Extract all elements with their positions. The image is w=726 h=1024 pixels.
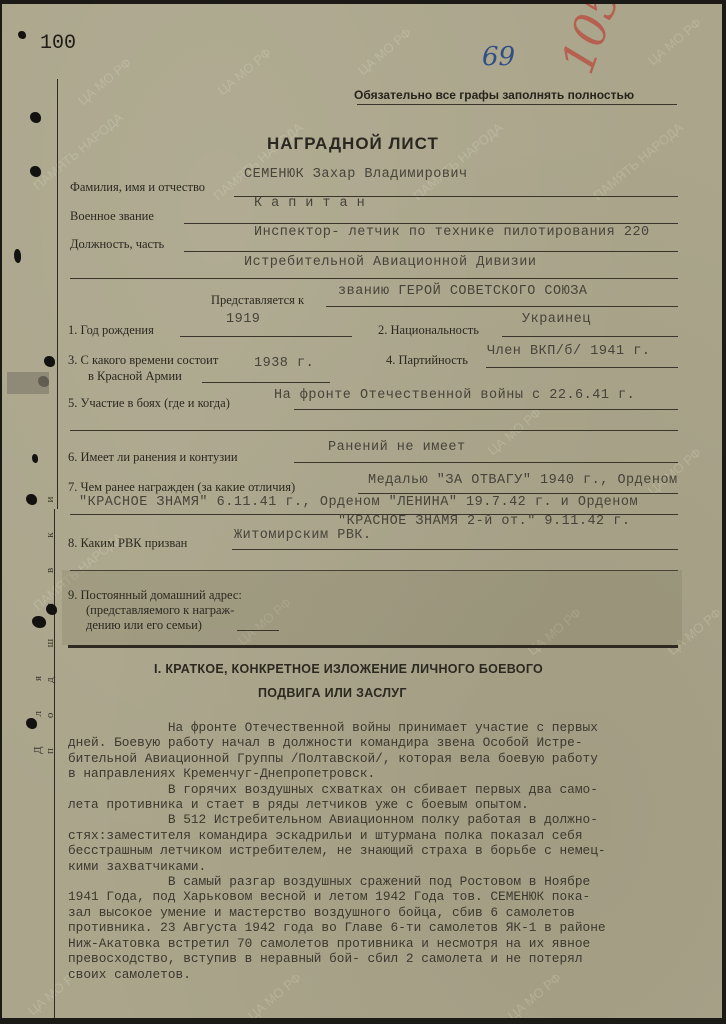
party-value: Член ВКП/б/ 1941 г. [487, 344, 650, 359]
wounds-value: Ранений не имеет [328, 440, 466, 455]
combat-line [294, 409, 678, 410]
position-value-line-2: Истребительной Авиационной Дивизии [244, 255, 536, 270]
punch-hole [18, 31, 26, 39]
previous-awards-value-line-2: "КРАСНОЕ ЗНАМЯ" 6.11.41 г., Орденом "ЛЕН… [79, 495, 638, 510]
punch-hole [30, 166, 41, 177]
red-pencil-mark: 105 [550, 4, 631, 80]
rvk-value: Житомирским РВК. [234, 528, 372, 543]
award-sheet-page: ЦА МО РФ ЦА МО РФ ЦА МО РФ ПАМЯТЬ НАРОДА… [2, 4, 722, 1018]
narrative-line: зал высокое умение и мастерство воздушно… [68, 905, 718, 920]
watermark: ЦА МО РФ [645, 15, 704, 68]
position-label: Должность, часть [70, 237, 164, 252]
punch-hole [14, 249, 21, 263]
narrative-line: 1941 Года, под Харьковом весной и летом … [68, 889, 718, 904]
combat-line-2 [70, 430, 678, 431]
narrative-line: стях:заместителя командира эскадрильи и … [68, 828, 718, 843]
position-line-2 [70, 278, 678, 279]
birth-year-label: 1. Год рождения [68, 323, 154, 338]
nationality-value: Украинец [522, 312, 591, 327]
army-since-label-line-1: 3. С какого времени состоит [68, 353, 218, 368]
wounds-line [294, 462, 678, 463]
narrative-line: превосходство, вступив в неравный бой- с… [68, 951, 718, 966]
punch-hole [26, 494, 37, 505]
narrative-line: В 512 Истребительном Авиационном полку р… [68, 812, 718, 827]
narrative-line: противника. 23 Августа 1942 года во Глав… [68, 920, 718, 935]
position-line-1 [184, 251, 678, 252]
narrative-line: бительной Авиационной Группы /Полтавской… [68, 751, 718, 766]
punch-hole [26, 718, 37, 729]
army-since-label-line-2: в Красной Армии [88, 369, 182, 384]
rank-label: Военное звание [70, 209, 154, 224]
birth-year-line [180, 336, 352, 337]
birth-year-value: 1919 [226, 312, 260, 327]
narrative-line: лета противника и стает в ряды летчиков … [68, 797, 718, 812]
nationality-label: 2. Национальность [378, 323, 479, 338]
previous-awards-label: 7. Чем ранее награжден (за какие отличия… [68, 480, 295, 495]
watermark: ПАМЯТЬ НАРОДА [210, 120, 305, 204]
binding-margin-label: Для подшивки [32, 334, 56, 754]
previous-awards-value-line-3: "КРАСНОЕ ЗНАМЯ 2-й от." 9.11.42 г. [338, 514, 630, 529]
address-label-line-2: (представляемого к награж- [86, 603, 234, 618]
rvk-label: 8. Каким РВК призван [68, 536, 187, 551]
nominated-for-line [326, 306, 678, 307]
watermark: ЦА МО РФ [75, 55, 134, 108]
paper-patch [7, 372, 49, 394]
combat-value: На фронте Отечественной войны с 22.6.41 … [274, 388, 635, 403]
narrative-line: дней. Боевую работу начал в должности ко… [68, 735, 718, 750]
watermark: ЦА МО РФ [355, 25, 414, 78]
watermark: ЦА МО РФ [215, 45, 274, 98]
punch-hole [30, 112, 41, 123]
narrative-line: бесстрашным летчиком истребителем, не зн… [68, 843, 718, 858]
fill-all-fields-notice: Обязательно все графы заполнять полность… [354, 88, 634, 102]
combat-label: 5. Участие в боях (где и когда) [68, 396, 230, 411]
nationality-line [502, 336, 678, 337]
party-label: 4. Партийность [386, 353, 468, 368]
section-title-line-2: ПОДВИГА ИЛИ ЗАСЛУГ [258, 686, 407, 700]
sheet-number: 100 [40, 32, 76, 55]
previous-awards-value-line-1: Медалью "ЗА ОТВАГУ" 1940 г., Орденом [368, 473, 678, 488]
narrative-line: кими захватчиками. [68, 859, 718, 874]
rvk-line [232, 549, 678, 550]
narrative-line: В самый разгар воздушных сражений под Ро… [68, 874, 718, 889]
handwritten-number: 69 [482, 42, 515, 72]
watermark: ЦА МО РФ [645, 445, 704, 498]
watermark: ПАМЯТЬ НАРОДА [590, 120, 685, 204]
binding-line [57, 79, 58, 509]
party-line [486, 367, 678, 368]
rank-value: Капитан [254, 196, 374, 211]
merit-narrative: На фронте Отечественной войны принимает … [68, 720, 718, 982]
wounds-label: 6. Имеет ли ранения и контузии [68, 450, 238, 465]
narrative-line: В горячих воздушных схватках он сбивает … [68, 782, 718, 797]
address-label-line-3: дению или его семьи) [86, 618, 202, 633]
full-name-value: СЕМЕНЮК Захар Владимирович [244, 167, 468, 182]
full-name-label: Фамилия, имя и отчество [70, 180, 205, 195]
notice-underline [357, 104, 677, 105]
narrative-line: своих самолетов. [68, 967, 718, 982]
narrative-line: Ниж-Акатовка встретил 70 самолетов проти… [68, 936, 718, 951]
section-title-line-1: I. КРАТКОЕ, КОНКРЕТНОЕ ИЗЛОЖЕНИЕ ЛИЧНОГО… [154, 662, 543, 676]
army-since-value: 1938 г. [254, 356, 314, 371]
watermark: ПАМЯТЬ НАРОДА [410, 120, 505, 204]
nominated-for-label: Представляется к [211, 293, 304, 308]
punch-hole [32, 454, 38, 463]
narrative-line: На фронте Отечественной войны принимает … [68, 720, 718, 735]
previous-awards-line-1 [358, 493, 678, 494]
address-label-line-1: 9. Постоянный домашний адрес: [68, 588, 242, 603]
position-value-line-1: Инспектор- летчик по технике пилотирован… [254, 225, 650, 240]
army-since-line [202, 382, 330, 383]
punch-hole [46, 604, 57, 615]
nominated-for-value: званию ГЕРОЙ СОВЕТСКОГО СОЮЗА [338, 284, 587, 299]
rank-line [184, 223, 678, 224]
narrative-line: в направлениях Кременчуг-Днепропетровск. [68, 766, 718, 781]
section-divider [68, 645, 678, 648]
watermark: ЦА МО РФ [485, 405, 544, 458]
punch-hole [44, 356, 55, 367]
address-line [237, 630, 279, 631]
punch-hole [32, 616, 46, 628]
page-title: НАГРАДНОЙ ЛИСТ [267, 134, 439, 154]
